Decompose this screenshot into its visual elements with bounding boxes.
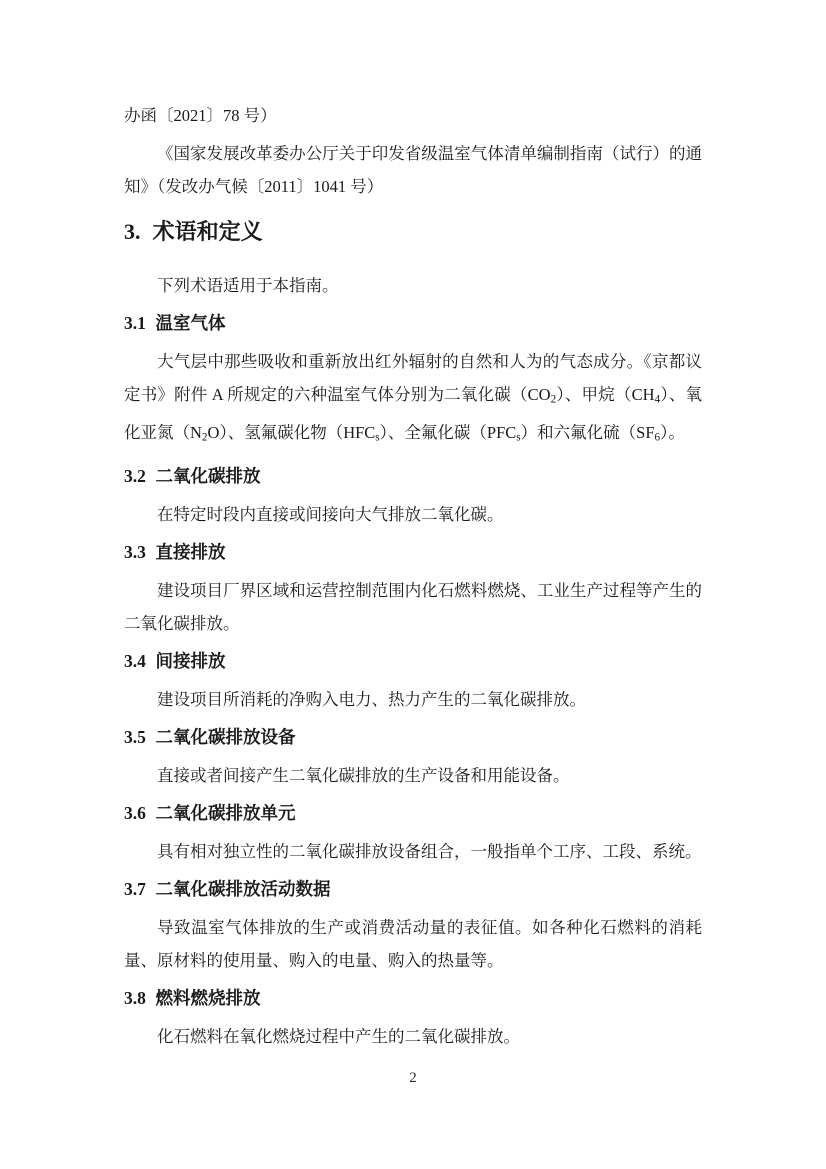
term-heading-3-7: 3.7二氧化碳排放活动数据 bbox=[124, 873, 702, 906]
term-number: 3.7 bbox=[124, 879, 146, 899]
term-definition-3-2: 在特定时段内直接或间接向大气排放二氧化碳。 bbox=[124, 498, 702, 531]
term-heading-3-1: 3.1温室气体 bbox=[124, 307, 702, 340]
term-definition-3-5: 直接或者间接产生二氧化碳排放的生产设备和用能设备。 bbox=[124, 759, 702, 792]
term-number: 3.5 bbox=[124, 727, 146, 747]
term-title: 二氧化碳排放 bbox=[156, 466, 261, 486]
term-definition-3-7: 导致温室气体排放的生产或消费活动量的表征值。如各种化石燃料的消耗量、原材料的使用… bbox=[124, 911, 702, 977]
term-heading-3-8: 3.8燃料燃烧排放 bbox=[124, 982, 702, 1015]
page-number: 2 bbox=[0, 1068, 826, 1088]
term-title: 燃料燃烧排放 bbox=[156, 988, 261, 1008]
chapter-number: 3. bbox=[124, 219, 141, 244]
term-number: 3.6 bbox=[124, 803, 146, 823]
term-heading-3-6: 3.6二氧化碳排放单元 bbox=[124, 797, 702, 830]
term-definition-3-1: 大气层中那些吸收和重新放出红外辐射的自然和人为的气态成分。《京都议定书》附件 A… bbox=[124, 345, 702, 455]
term-definition-3-8: 化石燃料在氧化燃烧过程中产生的二氧化碳排放。 bbox=[124, 1020, 702, 1053]
chapter-title: 术语和定义 bbox=[153, 219, 263, 244]
lead-paragraph: 下列术语适用于本指南。 bbox=[124, 269, 702, 302]
term-number: 3.8 bbox=[124, 988, 146, 1008]
term-number: 3.4 bbox=[124, 651, 146, 671]
term-definition-3-6: 具有相对独立性的二氧化碳排放设备组合，一般指单个工序、工段、系统。 bbox=[124, 835, 702, 868]
term-heading-3-3: 3.3直接排放 bbox=[124, 536, 702, 569]
term-definition-3-4: 建设项目所消耗的净购入电力、热力产生的二氧化碳排放。 bbox=[124, 683, 702, 716]
term-number: 3.3 bbox=[124, 542, 146, 562]
chapter-heading: 3.术语和定义 bbox=[124, 215, 702, 249]
intro-reference-paragraph: 《国家发展改革委办公厅关于印发省级温室气体清单编制指南（试行）的通知》（发改办气… bbox=[124, 137, 702, 203]
term-number: 3.2 bbox=[124, 466, 146, 486]
term-title: 二氧化碳排放单元 bbox=[156, 803, 296, 823]
term-title: 温室气体 bbox=[156, 313, 226, 333]
term-title: 二氧化碳排放活动数据 bbox=[156, 879, 331, 899]
term-title: 直接排放 bbox=[156, 542, 226, 562]
term-title: 二氧化碳排放设备 bbox=[156, 727, 296, 747]
term-number: 3.1 bbox=[124, 313, 146, 333]
term-heading-3-5: 3.5二氧化碳排放设备 bbox=[124, 721, 702, 754]
term-heading-3-2: 3.2二氧化碳排放 bbox=[124, 460, 702, 493]
term-title: 间接排放 bbox=[156, 651, 226, 671]
term-definition-3-3: 建设项目厂界区域和运营控制范围内化石燃料燃烧、工业生产过程等产生的二氧化碳排放。 bbox=[124, 574, 702, 640]
intro-continuation-line: 办函〔2021〕78 号） bbox=[124, 99, 702, 132]
page-content: 办函〔2021〕78 号） 《国家发展改革委办公厅关于印发省级温室气体清单编制指… bbox=[124, 0, 702, 1053]
document-page: 办函〔2021〕78 号） 《国家发展改革委办公厅关于印发省级温室气体清单编制指… bbox=[0, 0, 826, 1169]
term-heading-3-4: 3.4间接排放 bbox=[124, 645, 702, 678]
